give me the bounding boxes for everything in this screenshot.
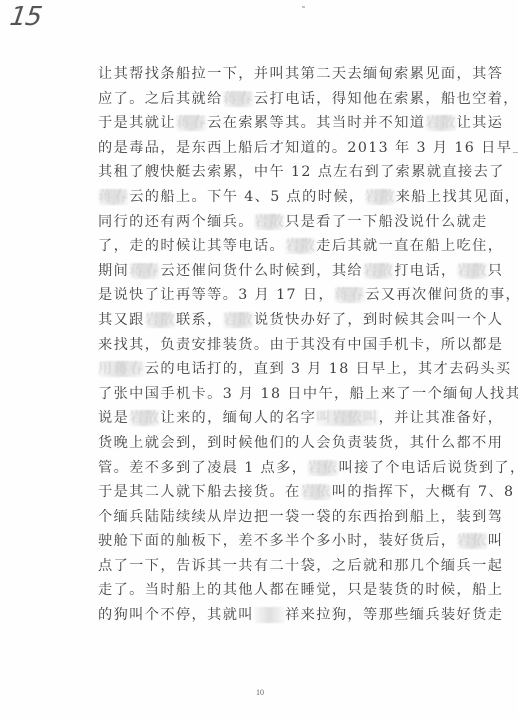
redacted-name: 蒋春 <box>334 287 365 303</box>
text-segment: 说货快办好了，到时候其会叫一个人 <box>254 312 503 328</box>
text-segment: 来找其，负责安排装货。由于其没有中国手机卡，所以都是 <box>98 337 503 353</box>
text-segment: 同行的还有两个缅兵。 <box>98 214 254 230</box>
text-segment: 驶舱下面的舢板下，差不多半个多小时，装好货后， <box>98 533 457 549</box>
text-segment: 云的船上。下午 4、5 点的时候， <box>129 189 364 205</box>
text-line: 于是其二人就下船去接货。在岩依叫的指挥下，大概有 7、8 <box>98 480 468 505</box>
text-line: 于是其就让蒋春云在索累等其。其当时并不知道岩散让其运 <box>98 111 468 136</box>
text-line: 其租了艘快艇去索累，中午 12 点左右到了索累就直接去了 <box>98 160 468 185</box>
redacted-name: 岩依 <box>301 484 332 500</box>
text-line: 应了。之后其就给蒋春云打电话，得知他在索累，船也空着， <box>98 87 468 112</box>
text-line: 用蒋春云的电话打的，直到 3 月 18 日早上，其才去码头买 <box>98 357 468 382</box>
text-segment: 来船上找其见面， <box>396 189 518 205</box>
text-segment: 其租了艘快艇去索累，中午 12 点左右到了索累就直接去了 <box>98 164 505 180</box>
text-segment: 云在索累等其。其当时并不知道 <box>207 115 425 131</box>
text-segment: 叫的指挥下，大概有 7、8 <box>332 484 515 500</box>
text-segment: 了，走的时候让其等电话。 <box>98 238 285 254</box>
redacted-name: 蒋春 <box>223 91 254 107</box>
redacted-name: 岩依 <box>457 533 488 549</box>
text-segment: 云的电话打的，直到 3 月 18 日早上，其才去码头买 <box>145 361 512 377</box>
redacted-name: 蒋春 <box>129 263 160 279</box>
text-line: 点了一下，告诉其一共有二十袋，之后就和那几个缅兵一起 <box>98 554 468 579</box>
text-segment: 点了一下，告诉其一共有二十袋，之后就和那几个缅兵一起 <box>98 558 503 574</box>
text-segment: 让其运 <box>457 115 504 131</box>
text-segment: 是说快了让再等等。3 月 17 日， <box>98 287 334 303</box>
text-segment: 的是毒品，是东西上船后才知道的。2013 年 3 月 16 日早上， <box>98 140 518 156</box>
text-segment: 祥来拉狗，等那些缅兵装好货走 <box>285 607 503 623</box>
scan-speck <box>302 6 305 8</box>
text-line: 的是毒品，是东西上船后才知道的。2013 年 3 月 16 日早上， <box>98 136 468 161</box>
text-segment: 期间 <box>98 263 129 279</box>
text-segment: 只是看了一下船没说什么就走 <box>285 214 488 230</box>
text-segment: 于是其二人就下船去接货。在 <box>98 484 301 500</box>
text-line: 让其帮找条船拉一下，并叫其第二天去缅甸索累见面，其答 <box>98 62 468 87</box>
text-line: 个缅兵陆陆续续从岸边把一袋一袋的东西抬到船上，装到驾 <box>98 505 468 530</box>
text-segment: 云还催问货什么时候到，其给 <box>160 263 363 279</box>
text-segment: 管。差不多到了凌晨 1 点多， <box>98 460 307 476</box>
text-segment: 打电话， <box>394 263 456 279</box>
text-line: 驶舱下面的舢板下，差不多半个多小时，装好货后，岩依叫 <box>98 529 468 554</box>
handwritten-page-mark: 15 <box>8 2 43 32</box>
text-line: 了，走的时候让其等电话。岩散走后其就一直在船上吃住， <box>98 234 468 259</box>
text-line: 的狗叫个不停，其就叫 祥来拉狗，等那些缅兵装好货走 <box>98 603 468 628</box>
text-line: 管。差不多到了凌晨 1 点多，岩依叫接了个电话后说货到了， <box>98 456 468 481</box>
text-line: 其又跟岩散联系，岩散说货快办好了，到时候其会叫一个人 <box>98 308 468 333</box>
redacted-name: 岩散 <box>223 312 254 328</box>
text-line: 走了。当时船上的其他人都在睡觉，只是装货的时候，船上 <box>98 578 468 603</box>
text-segment: 联系， <box>176 312 223 328</box>
text-segment: 只 <box>488 263 504 279</box>
text-segment: 走后其就一直在船上吃住， <box>316 238 503 254</box>
page-number: 10 <box>256 688 264 697</box>
redacted-name: 岩散 <box>129 410 160 426</box>
text-segment: 货晚上就会到，到时候他们的人会负责装货，其什么都不用 <box>98 435 503 451</box>
text-segment: 让来的，缅甸人的名字 <box>160 410 316 426</box>
text-line: 期间蒋春云还催问货什么时候到，其给岩散打电话，岩散只 <box>98 259 468 284</box>
text-segment: 云又再次催问货的事， <box>365 287 518 303</box>
document-page: 15 让其帮找条船拉一下，并叫其第二天去缅甸索累见面，其答应了。之后其就给蒋春云… <box>0 0 518 719</box>
text-segment: 说是 <box>98 410 129 426</box>
redacted-name <box>254 607 285 623</box>
text-segment: ，并让其准备好， <box>379 410 504 426</box>
text-segment: 个缅兵陆陆续续从岸边把一袋一袋的东西抬到船上，装到驾 <box>98 509 503 525</box>
text-line: 了张中国手机卡。3 月 18 日中午，船上来了一个缅甸人找其， <box>98 382 468 407</box>
redacted-name: 岩散 <box>363 263 394 279</box>
text-segment: 让其帮找条船拉一下，并叫其第二天去缅甸索累见面，其答 <box>98 66 503 82</box>
text-line: 同行的还有两个缅兵。岩散只是看了一下船没说什么就走 <box>98 210 468 235</box>
text-line: 蒋春云的船上。下午 4、5 点的时候，岩散来船上找其见面， <box>98 185 468 210</box>
text-line: 说是岩散让来的，缅甸人的名字叫岩依叫，并让其准备好， <box>98 406 468 431</box>
text-segment: 应了。之后其就给 <box>98 91 223 107</box>
text-segment: 于是其就让 <box>98 115 176 131</box>
text-segment: 了张中国手机卡。3 月 18 日中午，船上来了一个缅甸人找其， <box>98 386 518 402</box>
text-segment: 的狗叫个不停，其就叫 <box>98 607 254 623</box>
statement-body: 让其帮找条船拉一下，并叫其第二天去缅甸索累见面，其答应了。之后其就给蒋春云打电话… <box>98 62 468 628</box>
redacted-name: 岩散 <box>285 238 316 254</box>
redacted-name: 叫岩依叫 <box>316 410 378 426</box>
redacted-name: 岩散 <box>254 214 285 230</box>
redacted-name: 岩散 <box>365 189 396 205</box>
redacted-name: 岩散 <box>425 115 456 131</box>
text-segment: 其又跟 <box>98 312 145 328</box>
text-segment: 云打电话，得知他在索累，船也空着， <box>254 91 518 107</box>
redacted-name: 岩依 <box>307 460 338 476</box>
text-line: 来找其，负责安排装货。由于其没有中国手机卡，所以都是 <box>98 333 468 358</box>
text-segment: 叫接了个电话后说货到了， <box>339 460 518 476</box>
redacted-name: 蒋春 <box>98 189 129 205</box>
redacted-name: 岩散 <box>145 312 176 328</box>
redacted-name: 蒋春 <box>176 115 207 131</box>
text-segment: 叫 <box>488 533 504 549</box>
redacted-name: 用蒋春 <box>98 361 145 377</box>
text-line: 货晚上就会到，到时候他们的人会负责装货，其什么都不用 <box>98 431 468 456</box>
text-segment: 走了。当时船上的其他人都在睡觉，只是装货的时候，船上 <box>98 582 503 598</box>
text-line: 是说快了让再等等。3 月 17 日，蒋春云又再次催问货的事， <box>98 283 468 308</box>
redacted-name: 岩散 <box>457 263 488 279</box>
